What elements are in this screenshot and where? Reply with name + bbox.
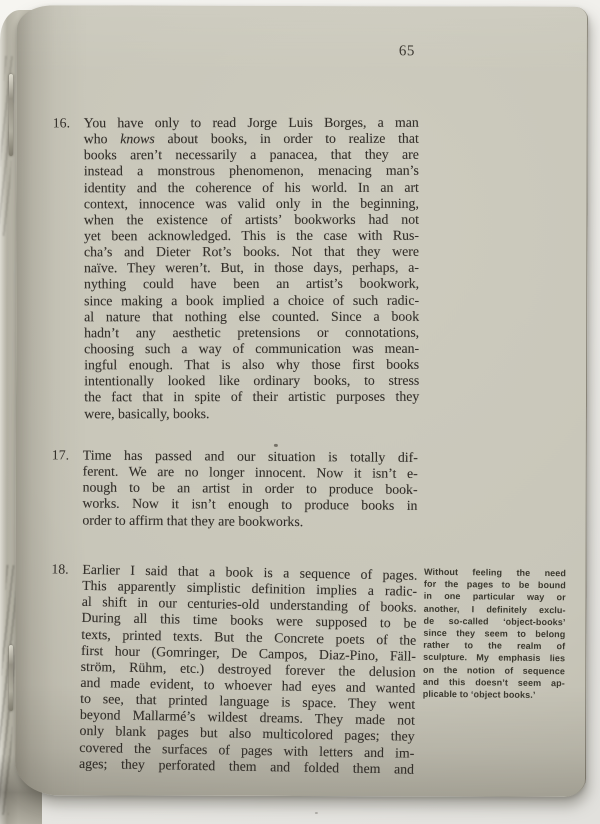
- text-line: yet been acknowledged. This is the case …: [84, 228, 419, 245]
- paragraph-18: 18.Earlier I said that a book is a seque…: [48, 562, 418, 778]
- margin-note-line: plicable to ‘object books.’: [423, 688, 565, 702]
- margin-note-line: sculpture. My emphasis lies: [423, 651, 565, 665]
- text-line: nything could have been an artist’s book…: [84, 276, 419, 293]
- text-line: identity and the coherence of his world.…: [84, 179, 419, 196]
- main-text-column: 16.You have only to read Jorge Luis Borg…: [51, 115, 419, 772]
- paragraph-number: 18.: [48, 562, 83, 772]
- staple-top: [9, 74, 13, 156]
- paper-speck: [315, 812, 318, 814]
- text-line: were, basically, books.: [84, 405, 419, 422]
- text-line: naïve. They weren’t. But, in those days,…: [84, 260, 419, 277]
- paragraph-16: 16.You have only to read Jorge Luis Borg…: [53, 115, 420, 422]
- margin-note-line: on the notion of sequence: [423, 663, 565, 677]
- text-line: instead a monstrous phenomenon, menacing…: [84, 163, 419, 180]
- text-line: intentionally looked like ordinary books…: [84, 373, 419, 390]
- staple-bottom: [9, 645, 13, 711]
- margin-note-line: another, I definitely exclu-: [424, 602, 566, 616]
- text-line: ferent. We are no longer innocent. Now i…: [83, 463, 418, 481]
- text-line: nough to be an artist in order to produc…: [83, 480, 418, 498]
- text-line: hadn’t any aesthetic pretensions or conn…: [84, 325, 419, 342]
- paragraph-number: 16.: [53, 115, 85, 422]
- margin-note-line: in one particular way or: [424, 590, 566, 604]
- book-page: 65 16.You have only to read Jorge Luis B…: [15, 5, 588, 796]
- text-line: al nature that nothing else counted. Sin…: [84, 308, 419, 325]
- page-edge-text-marks: [0, 56, 16, 236]
- margin-note: Without feeling the needfor the pages to…: [423, 566, 566, 702]
- text-line: Time has passed and our situation is tot…: [83, 447, 418, 465]
- text-line: the fact that in spite of their artistic…: [84, 389, 419, 406]
- text-line: You have only to read Jorge Luis Borges,…: [84, 115, 419, 132]
- paragraph-17: 17.Time has passed and our situation is …: [51, 447, 418, 530]
- text-line: books aren’t necessarily a panacea, that…: [84, 147, 419, 164]
- text-line: cha’s and Dieter Rot’s books. Not that t…: [84, 244, 419, 261]
- paragraph-number: 17.: [51, 447, 83, 528]
- text-line: when the existence of artists’ bookworks…: [84, 212, 419, 229]
- text-line: who knows about books, in order to reali…: [84, 131, 419, 148]
- page-number: 65: [399, 44, 415, 59]
- paper-speck: [274, 444, 278, 447]
- text-line: order to affirm that they are bookworks.: [82, 512, 417, 530]
- book-photo: 65 16.You have only to read Jorge Luis B…: [0, 0, 600, 824]
- text-line: context, innocence was valid only in the…: [84, 195, 419, 212]
- text-line: works. Now it isn’t enough to produce bo…: [82, 496, 417, 514]
- text-line: since making a book implied a choice of …: [84, 292, 419, 309]
- text-line: choosing such a way of communication was…: [84, 341, 419, 358]
- text-line: ingful enough. That is also why those fi…: [84, 357, 419, 374]
